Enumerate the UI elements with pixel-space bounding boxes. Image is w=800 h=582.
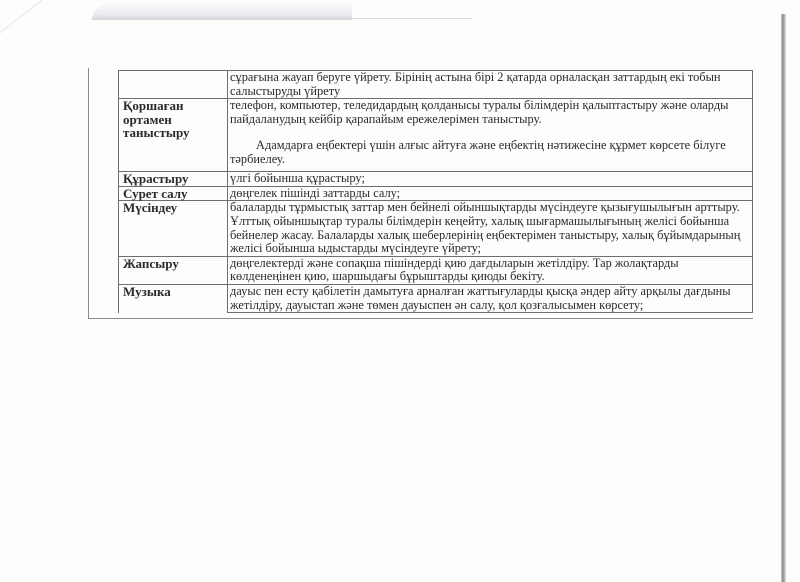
subject-cell: Құрастыру	[119, 172, 228, 187]
subject-cell: Қоршаған ортамен таныстыру	[119, 99, 228, 172]
content-text: балаларды тұрмыстық заттар мен бейнелі о…	[230, 201, 752, 255]
subject-cell: Мүсіндеу	[119, 201, 228, 256]
table-row: Құрастыру үлгі бойынша құрастыру;	[119, 172, 753, 187]
content-cell: дөңгелек пішінді заттарды салу;	[228, 186, 753, 201]
table-row: Сурет салу дөңгелек пішінді заттарды сал…	[119, 186, 753, 201]
subject-cell	[119, 71, 228, 99]
scan-crease	[0, 0, 85, 41]
content-text: дауыс пен есту қабілетін дамытуға арналғ…	[230, 285, 752, 312]
table-row: Мүсіндеу балаларды тұрмыстық заттар мен …	[119, 201, 753, 256]
content-text: сұрағына жауап беруге үйрету. Бірінің ас…	[230, 71, 752, 98]
table-row: Жапсыру дөңгелектерді және сопақша пішін…	[119, 256, 753, 284]
content-cell: дауыс пен есту қабілетін дамытуға арналғ…	[228, 284, 753, 312]
table-row: Музыка дауыс пен есту қабілетін дамытуға…	[119, 284, 753, 312]
subject-cell: Жапсыру	[119, 256, 228, 284]
content-cell: дөңгелектерді және сопақша пішіндерді қи…	[228, 256, 753, 284]
scan-fold-line	[92, 18, 472, 19]
content-text: Адамдарға еңбектері үшін алғыс айтуға жә…	[230, 139, 752, 166]
content-text: дөңгелектерді және сопақша пішіндерді қи…	[230, 257, 752, 284]
subject-cell: Музыка	[119, 284, 228, 312]
content-text: дөңгелек пішінді заттарды салу;	[230, 187, 752, 201]
page-frame-bottom	[88, 318, 753, 319]
content-cell: телефон, компьютер, теледидардың қолданы…	[228, 99, 753, 172]
page-frame-left	[88, 68, 89, 318]
content-cell: балаларды тұрмыстық заттар мен бейнелі о…	[228, 201, 753, 256]
subject-cell: Сурет салу	[119, 186, 228, 201]
table-row: сұрағына жауап беруге үйрету. Бірінің ас…	[119, 71, 753, 99]
table-row: Қоршаған ортамен таныстыру телефон, комп…	[119, 99, 753, 172]
content-cell: сұрағына жауап беруге үйрету. Бірінің ас…	[228, 71, 753, 99]
curriculum-table: сұрағына жауап беруге үйрету. Бірінің ас…	[118, 70, 753, 313]
scan-fold-artifact	[92, 0, 352, 20]
page-edge-shadow	[781, 14, 786, 582]
content-text: үлгі бойынша құрастыру;	[230, 172, 752, 186]
content-cell: үлгі бойынша құрастыру;	[228, 172, 753, 187]
content-text: телефон, компьютер, теледидардың қолданы…	[230, 99, 752, 126]
